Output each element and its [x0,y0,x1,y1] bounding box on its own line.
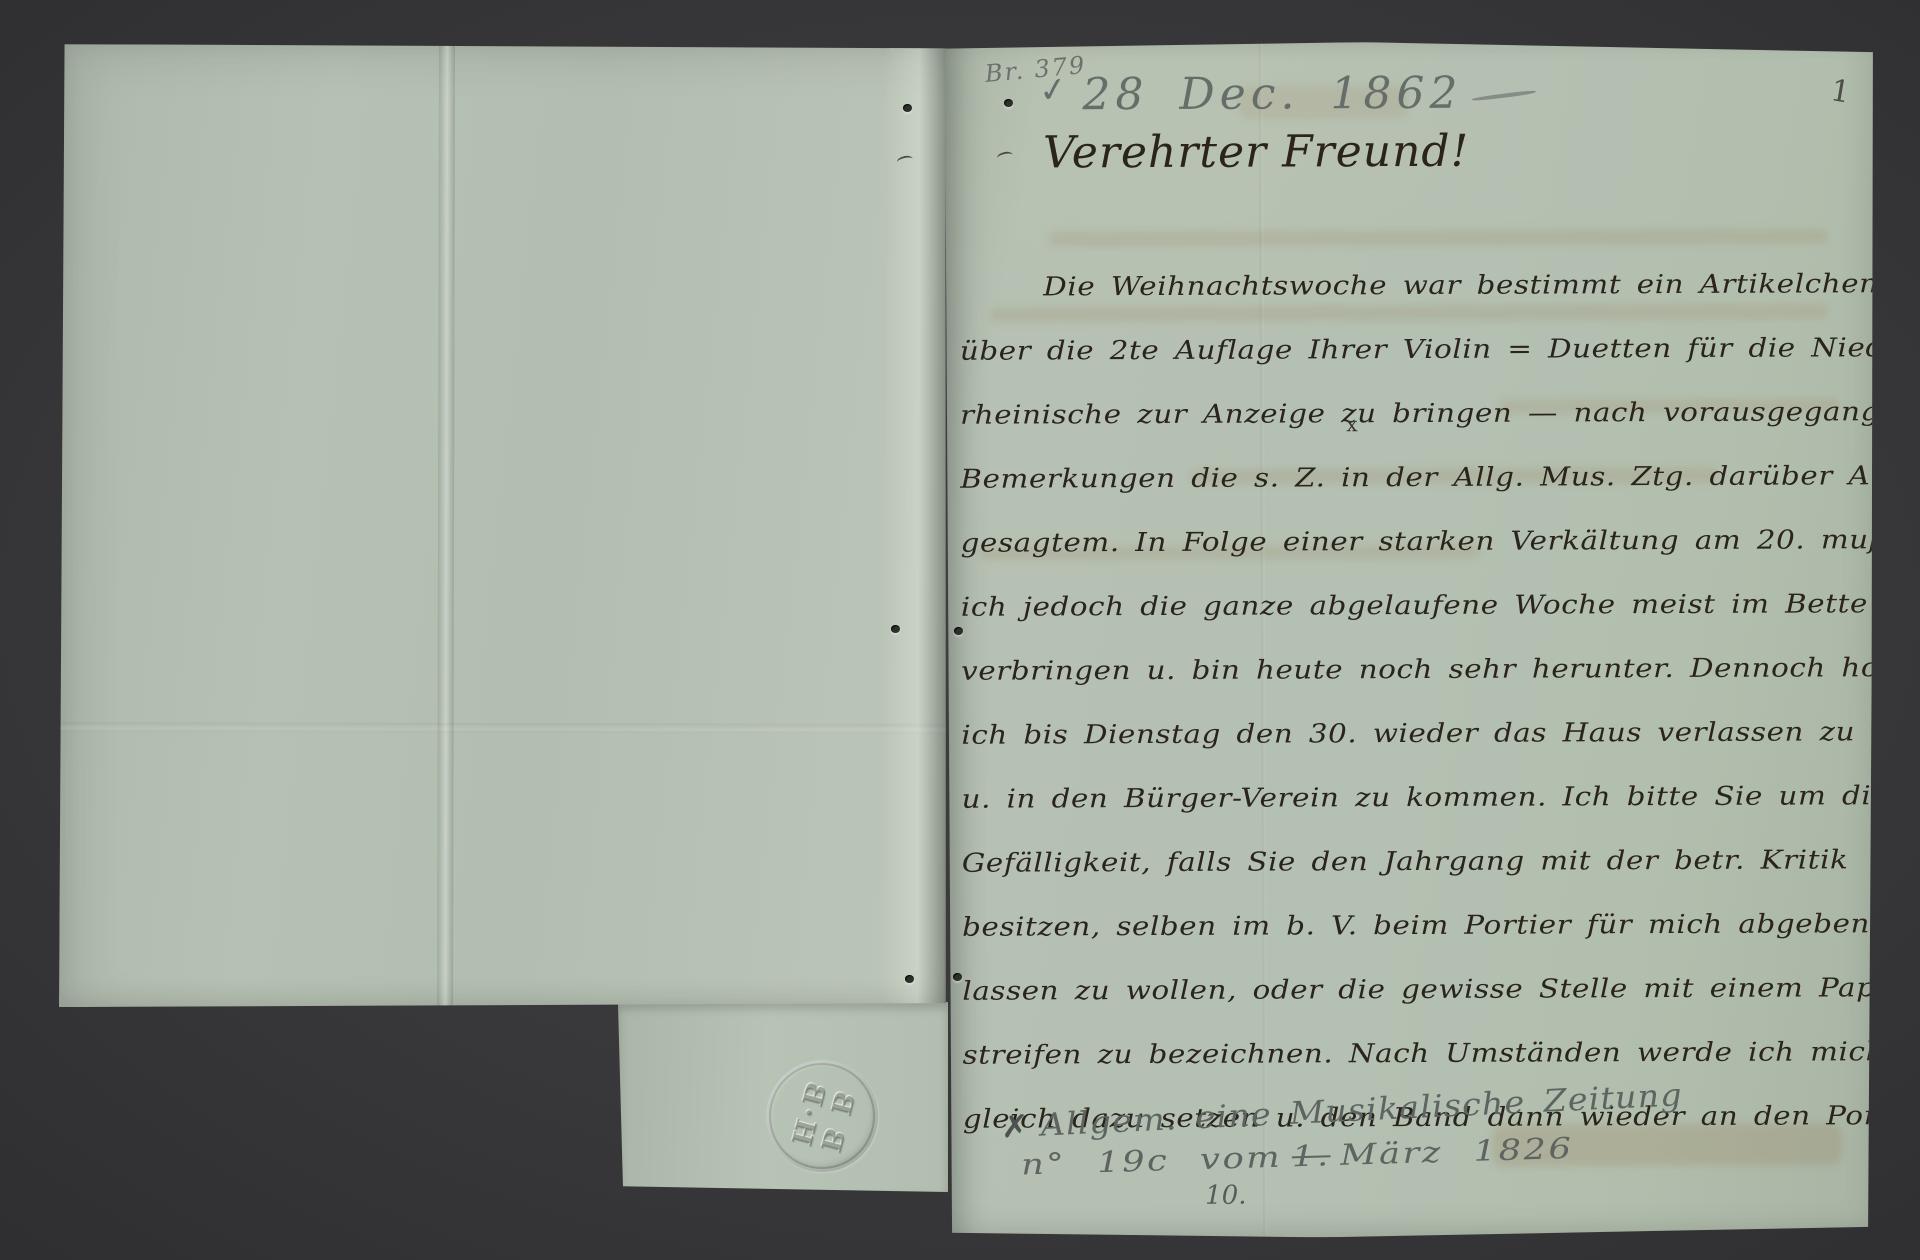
letter-line: rheinische zur Anzeige zu bringen — nach… [960,380,1920,448]
letter-line: streifen zu bezeichnen. Nach Umständen w… [962,1020,1920,1088]
page-number: 1 [1828,73,1853,111]
letter-line: ich jedoch die ganze abgelaufene Woche m… [961,572,1920,640]
letter-line: Gefälligkeit, falls Sie den Jahrgang mit… [962,828,1920,896]
pinhole [953,973,962,981]
letter-body: Die Weihnachtswoche war bestimmt ein Art… [960,252,1865,1151]
pinhole [903,104,912,112]
letter-right-page: Br. 379 ✓ 28 Dec. 1862 1 Verehrter Freun… [945,40,1880,1239]
ink-showthrough [1048,228,1828,247]
embossed-stamp: B B H·B [766,1060,878,1172]
pinhole [891,625,900,633]
letter-line: ich bis Dienstag den 30. wieder das Haus… [961,700,1920,768]
date-annotation: ✓ 28 Dec. 1862 [1039,68,1536,121]
letter-left-page-blank [59,44,948,1009]
pencil-note2-part2: März 1826 [1340,1131,1574,1172]
letter-line: Die Weihnachtswoche war bestimmt ein Art… [960,252,1920,320]
letter-line: Bemerkungen die s. Z. in der Allg. Mus. … [960,444,1920,512]
checkmark: ✓ [1036,69,1070,113]
letter-line: besitzen, selben im b. V. beim Portier f… [962,892,1920,960]
date-text: 28 Dec. 1862 [1082,68,1462,120]
pencil-correction: 10. [1205,1181,1246,1211]
letter-line: verbringen u. bin heute noch sehr herunt… [961,636,1920,704]
pinhole [1004,99,1013,107]
ink-insertion-mark: x [1346,412,1357,436]
pencil-flourish [1471,90,1535,102]
letter-line: u. in den Bürger-Verein zu kommen. Ich b… [961,764,1920,832]
stamp-letters: B B H·B [784,1076,859,1156]
letter-line: gesagtem. In Folge einer starken Verkält… [961,508,1920,576]
pencil-note2-part1: n° 19c vom [1021,1140,1283,1182]
letter-greeting: Verehrter Freund! [1043,126,1469,179]
page-edge-highlight [882,46,948,1009]
horizontal-crease [60,722,947,734]
pinhole [954,627,963,635]
struck-number: 1. [1291,1138,1331,1173]
vertical-fold-crease [437,45,455,1008]
letter-line: über die 2te Auflage Ihrer Violin = Duet… [960,316,1920,384]
pinhole [905,975,914,983]
letter-line: lassen zu wollen, oder die gewisse Stell… [962,956,1920,1024]
scan-photo-background: B B H·B Br. 379 ✓ 28 Dec. 1862 1 Verehrt… [0,0,1920,1260]
x-mark: ✗ [1000,1108,1031,1145]
